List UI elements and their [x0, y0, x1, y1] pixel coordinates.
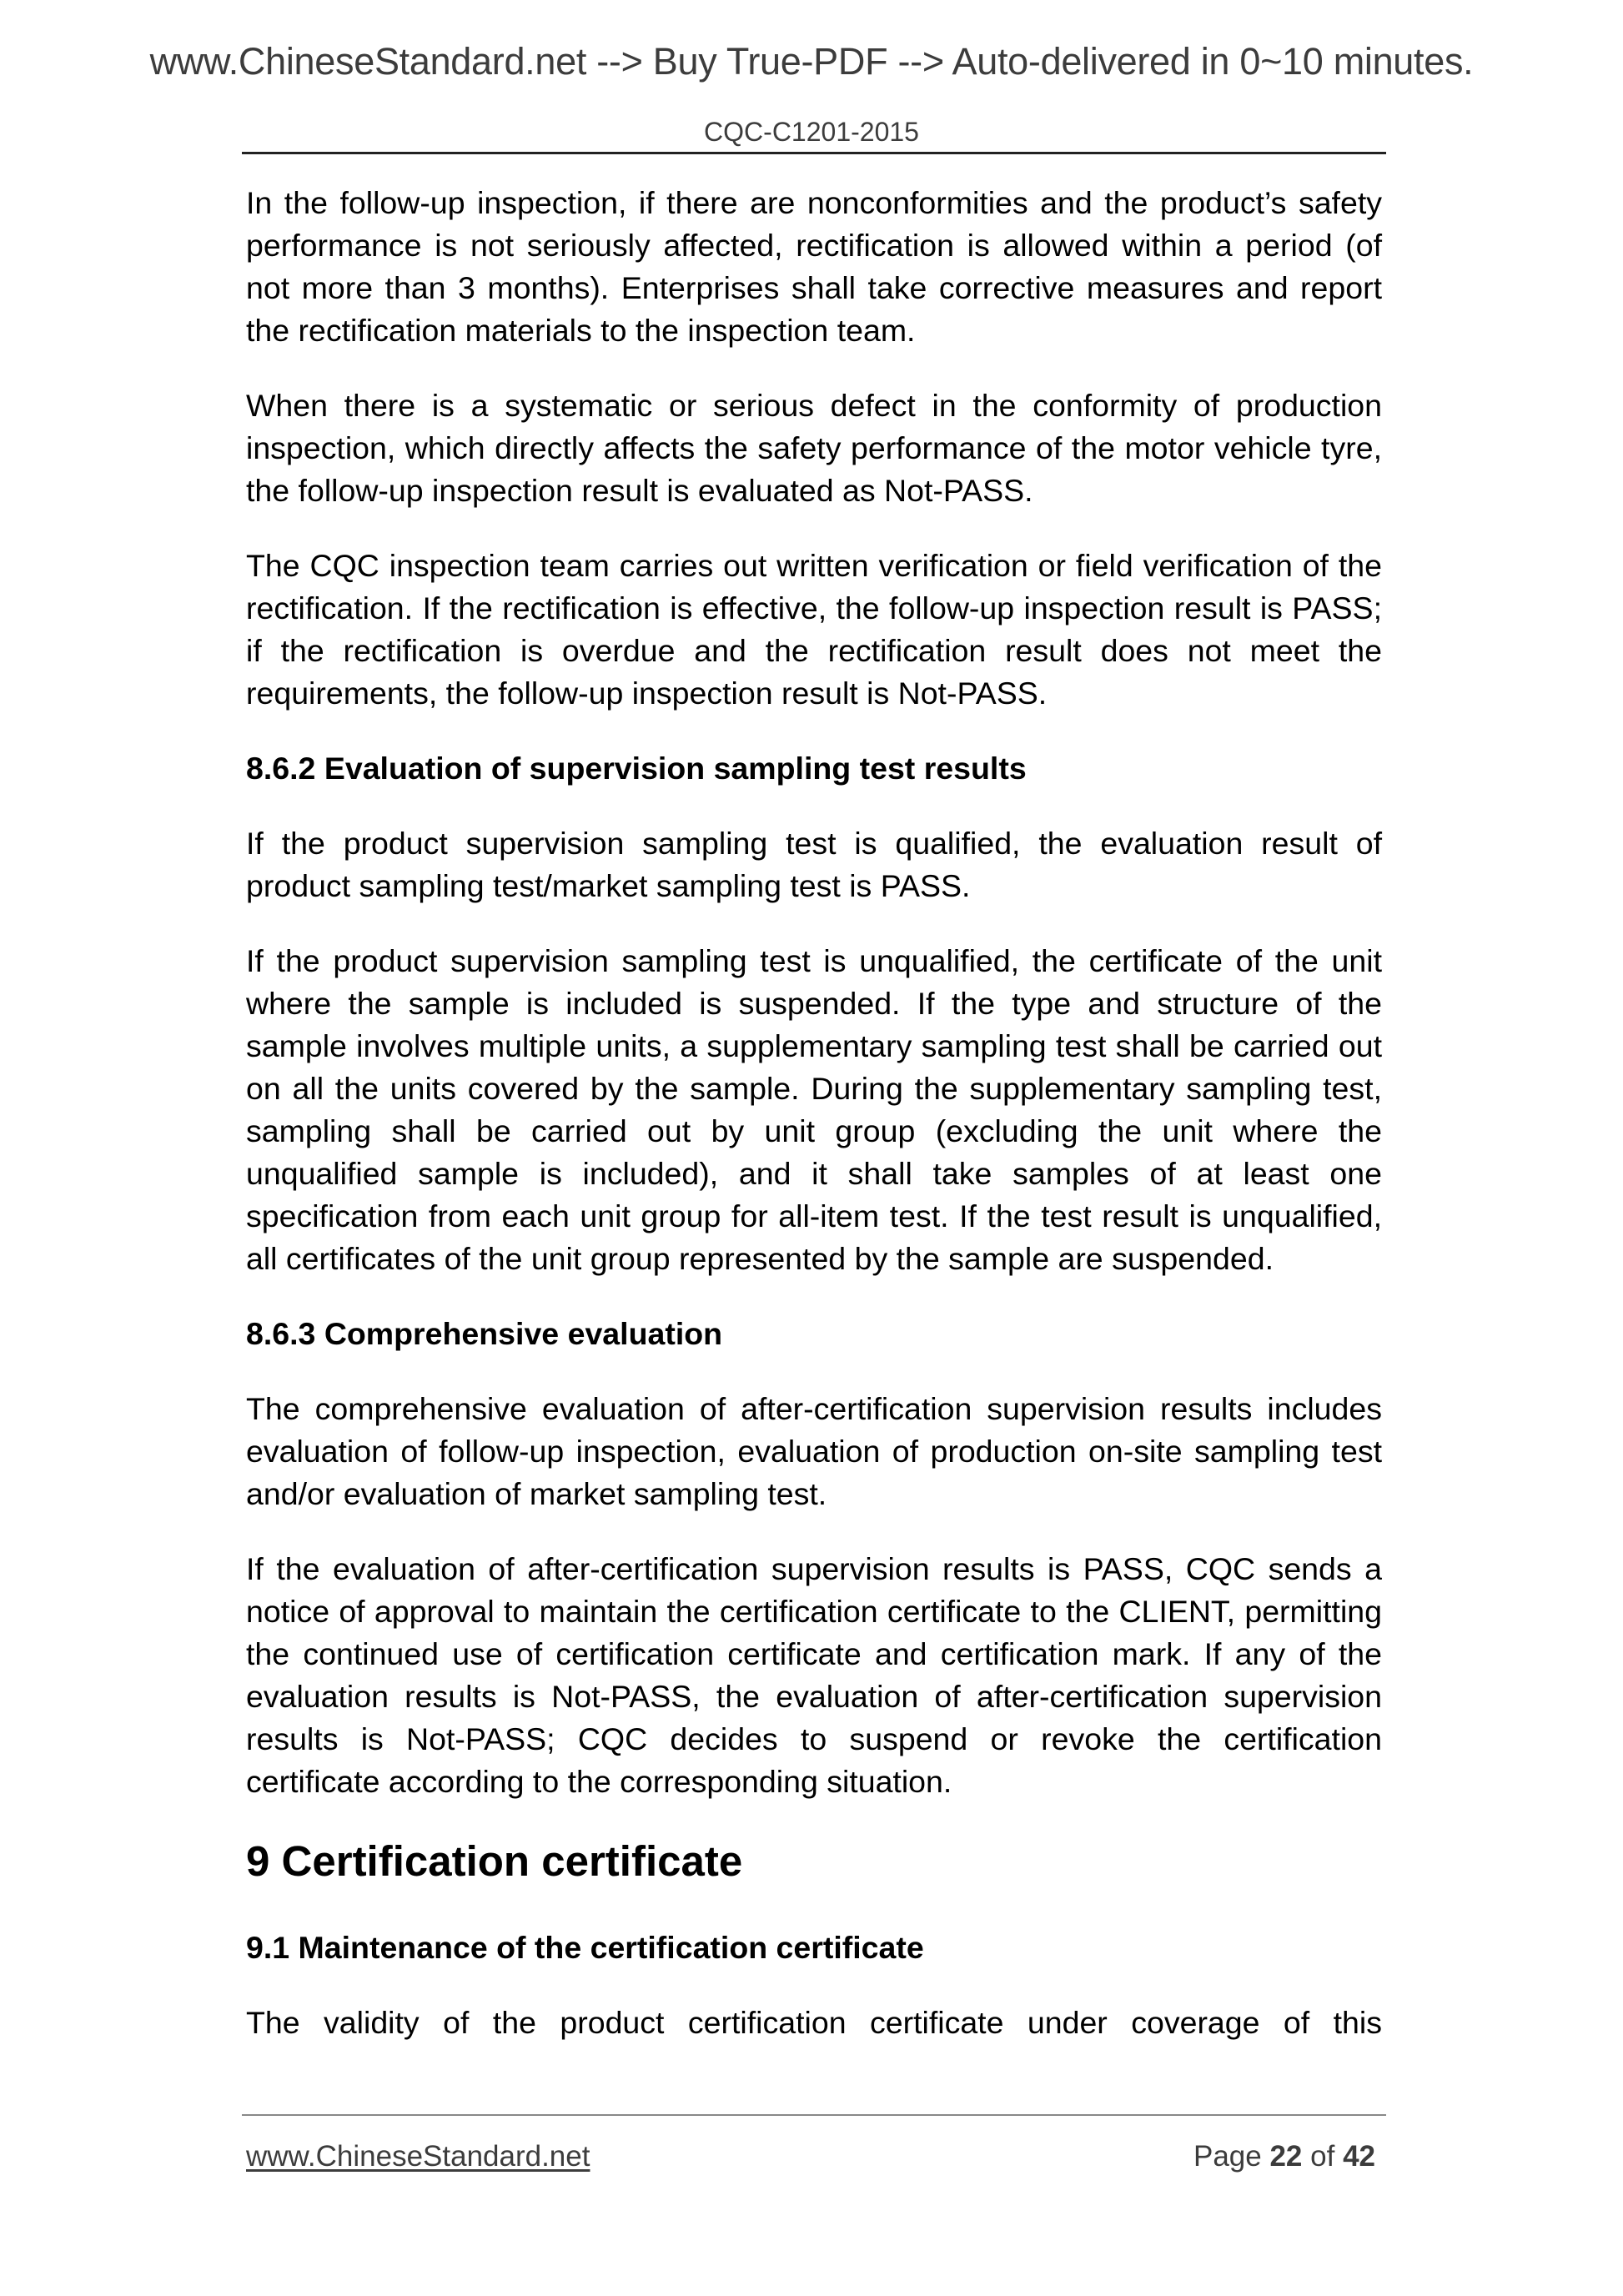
current-page: 22: [1269, 2140, 1302, 2173]
total-pages: 42: [1343, 2140, 1375, 2173]
page-content: In the follow-up inspection, if there ar…: [246, 182, 1382, 2077]
paragraph-evaluation-result: If the evaluation of after-certification…: [246, 1548, 1382, 1803]
site-banner: www.ChineseStandard.net --> Buy True-PDF…: [0, 40, 1623, 83]
paragraph-comprehensive-evaluation: The comprehensive evaluation of after-ce…: [246, 1388, 1382, 1515]
paragraph-systematic-defect: When there is a systematic or serious de…: [246, 384, 1382, 512]
heading-9: 9 Certification certificate: [246, 1836, 1382, 1887]
header-divider: [242, 152, 1386, 154]
paragraph-certificate-validity: The validity of the product certificatio…: [246, 2002, 1382, 2044]
heading-9-1: 9.1 Maintenance of the certification cer…: [246, 1927, 1382, 1969]
footer-divider: [242, 2114, 1386, 2116]
paragraph-sampling-qualified: If the product supervision sampling test…: [246, 822, 1382, 907]
paragraph-verification: The CQC inspection team carries out writ…: [246, 545, 1382, 715]
footer-site-link[interactable]: www.ChineseStandard.net: [246, 2140, 590, 2173]
page-label: Page: [1193, 2140, 1262, 2173]
page-number: Page 22 of 42: [1193, 2140, 1375, 2173]
of-label: of: [1310, 2140, 1334, 2173]
heading-8-6-3: 8.6.3 Comprehensive evaluation: [246, 1313, 1382, 1355]
paragraph-rectification: In the follow-up inspection, if there ar…: [246, 182, 1382, 352]
document-code: CQC-C1201-2015: [0, 117, 1623, 148]
heading-8-6-2: 8.6.2 Evaluation of supervision sampling…: [246, 747, 1382, 790]
paragraph-sampling-unqualified: If the product supervision sampling test…: [246, 940, 1382, 1280]
